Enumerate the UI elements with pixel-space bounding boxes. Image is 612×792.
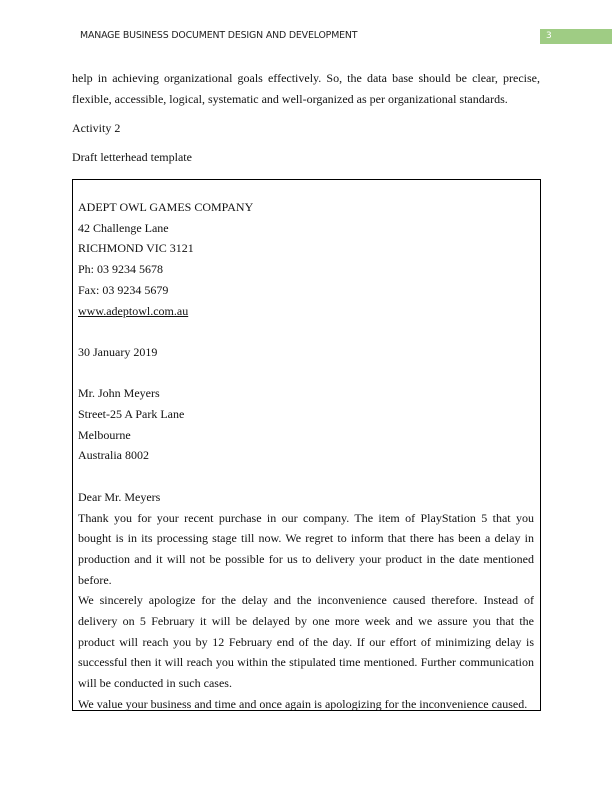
letterhead-subheading: Draft letterhead template xyxy=(72,150,192,165)
letter-date: 30 January 2019 xyxy=(78,342,534,363)
letter-paragraph: We value your business and time and once… xyxy=(78,694,534,715)
company-address-line2: RICHMOND VIC 3121 xyxy=(78,238,534,259)
salutation: Dear Mr. Meyers xyxy=(78,487,534,508)
activity-heading: Activity 2 xyxy=(72,121,120,136)
company-website-link[interactable]: www.adeptowl.com.au xyxy=(78,304,188,318)
letterhead-template-box: ADEPT OWL GAMES COMPANY 42 Challenge Lan… xyxy=(72,179,541,711)
spacer xyxy=(78,466,534,487)
spacer xyxy=(78,321,534,342)
spacer xyxy=(78,363,534,384)
letter-content: ADEPT OWL GAMES COMPANY 42 Challenge Lan… xyxy=(78,197,534,715)
company-name: ADEPT OWL GAMES COMPANY xyxy=(78,197,534,218)
recipient-city: Melbourne xyxy=(78,425,534,446)
company-fax: Fax: 03 9234 5679 xyxy=(78,280,534,301)
recipient-name: Mr. John Meyers xyxy=(78,383,534,404)
recipient-street: Street-25 A Park Lane xyxy=(78,404,534,425)
running-header-title: MANAGE BUSINESS DOCUMENT DESIGN AND DEVE… xyxy=(80,30,357,41)
company-phone: Ph: 03 9234 5678 xyxy=(78,259,534,280)
recipient-country-postcode: Australia 8002 xyxy=(78,445,534,466)
intro-paragraph: help in achieving organizational goals e… xyxy=(72,68,540,110)
company-address-line1: 42 Challenge Lane xyxy=(78,218,534,239)
letter-paragraph: We sincerely apologize for the delay and… xyxy=(78,590,534,694)
page-number-badge: 3 xyxy=(540,29,612,44)
letter-paragraph: Thank you for your recent purchase in ou… xyxy=(78,508,534,591)
